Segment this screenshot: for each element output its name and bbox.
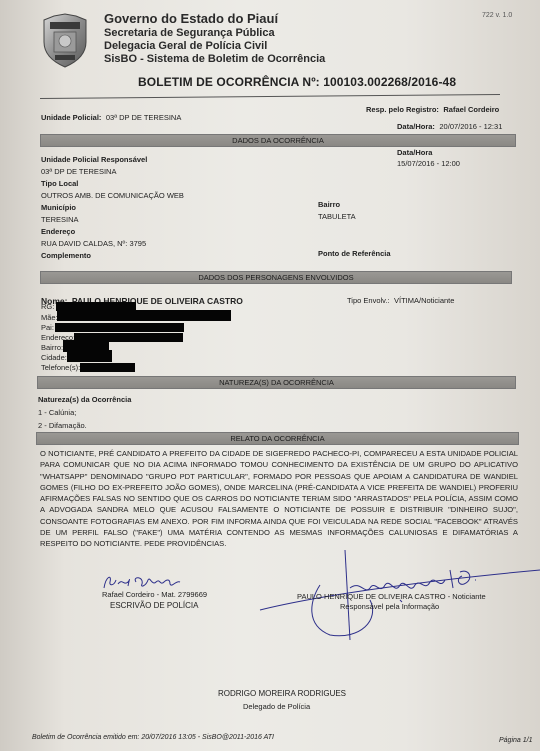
natureza-label: Natureza(s) da Ocorrência [38, 395, 131, 404]
ocorrencia-datahora-value: 15/07/2016 - 12:00 [397, 159, 460, 168]
rg-label: RG: [41, 302, 54, 311]
complemento-label: Complemento [41, 251, 91, 260]
registro-resp-label: Resp. pelo Registro: [366, 105, 439, 114]
footer-emitted: Boletim de Ocorrência emitido em: 20/07/… [32, 734, 274, 741]
escrivao-role: ESCRIVÃO DE POLÍCIA [110, 601, 198, 610]
pai-label: Pai: [41, 323, 54, 332]
telefone-label: Telefone(s): [41, 363, 80, 372]
registro-unidade-value: 03ª DP DE TERESINA [106, 113, 181, 122]
telefone-redaction [80, 363, 135, 372]
endereco-label: Endereço [41, 227, 75, 236]
cidade-pessoa-label: Cidade: [41, 353, 67, 362]
noticiante-role: Responsável pela Informação [340, 602, 439, 611]
registro-resp-value: Rafael Cordeiro [443, 105, 499, 114]
registro-unidade: Unidade Policial: 03ª DP DE TERESINA [41, 107, 181, 125]
header-delegacia: Delegacia Geral de Polícia Civil [104, 40, 267, 52]
bairro-label: Bairro [318, 200, 340, 209]
registro-responsavel: Resp. pelo Registro: Rafael Cordeiro [366, 99, 499, 117]
ponto-referencia-label: Ponto de Referência [318, 249, 391, 258]
bairro-value: TABULETA [318, 212, 356, 221]
natureza-item-2: 2 - Difamação. [38, 421, 87, 430]
tipo-local-label: Tipo Local [41, 179, 78, 188]
mae-label: Mãe: [41, 313, 58, 322]
cidade-pessoa-redaction [67, 350, 112, 362]
section-natureza: NATUREZA(S) DA OCORRÊNCIA [37, 376, 516, 389]
unidade-responsavel-value: 03ª DP DE TERESINA [41, 167, 116, 176]
registro-datahora-label: Data/Hora: [397, 122, 435, 131]
police-report-page: Governo do Estado do Piauí Secretaria de… [0, 0, 540, 751]
section-relato: RELATO DA OCORRÊNCIA [36, 432, 519, 445]
relato-text: O NOTICIANTE, PRÉ CANDIDATO A PREFEITO D… [40, 448, 518, 550]
form-version: 722 v. 1.0 [482, 12, 512, 19]
footer-page-number: Página 1/1 [499, 737, 532, 744]
natureza-item-1: 1 - Calúnia; [38, 408, 76, 417]
bairro-pessoa-label: Bairro: [41, 343, 63, 352]
escrivao-name: Rafael Cordeiro - Mat. 2799669 [102, 590, 207, 599]
registro-datahora-value: 20/07/2016 - 12:31 [439, 122, 502, 131]
municipio-value: TERESINA [41, 215, 79, 224]
tipo-envolv-value: VÍTIMA/Noticiante [394, 296, 454, 305]
registro-datahora: Data/Hora: 20/07/2016 - 12:31 [397, 116, 502, 134]
header-secretaria: Secretaria de Segurança Pública [104, 27, 275, 39]
report-title: BOLETIM DE OCORRÊNCIA Nº: 100103.002268/… [138, 75, 456, 89]
police-badge-icon [40, 12, 90, 68]
tipo-local-value: OUTROS AMB. DE COMUNICAÇÃO WEB [41, 191, 184, 200]
tipo-envolvimento: Tipo Envolv.: VÍTIMA/Noticiante [347, 290, 454, 308]
header-system: SisBO - Sistema de Boletim de Ocorrência [104, 53, 325, 65]
endereco-value: RUA DAVID CALDAS, Nº: 3795 [41, 239, 146, 248]
delegado-role: Delegado de Polícia [243, 702, 310, 711]
section-personagens: DADOS DOS PERSONAGENS ENVOLVIDOS [40, 271, 512, 284]
pai-redaction [55, 323, 184, 332]
mae-redaction [57, 310, 231, 321]
tipo-envolv-label: Tipo Envolv.: [347, 296, 390, 305]
section-dados-ocorrencia: DADOS DA OCORRÊNCIA [40, 134, 516, 147]
registro-unidade-label: Unidade Policial: [41, 113, 101, 122]
ocorrencia-datahora-label: Data/Hora [397, 148, 432, 157]
municipio-label: Município [41, 203, 76, 212]
header-government: Governo do Estado do Piauí [104, 11, 278, 26]
unidade-responsavel-label: Unidade Policial Responsável [41, 155, 147, 164]
noticiante-signature-icon [250, 540, 540, 640]
delegado-name: RODRIGO MOREIRA RODRIGUES [218, 689, 346, 698]
noticiante-name: PAULO HENRIQUE DE OLIVEIRA CASTRO - Noti… [297, 592, 486, 601]
